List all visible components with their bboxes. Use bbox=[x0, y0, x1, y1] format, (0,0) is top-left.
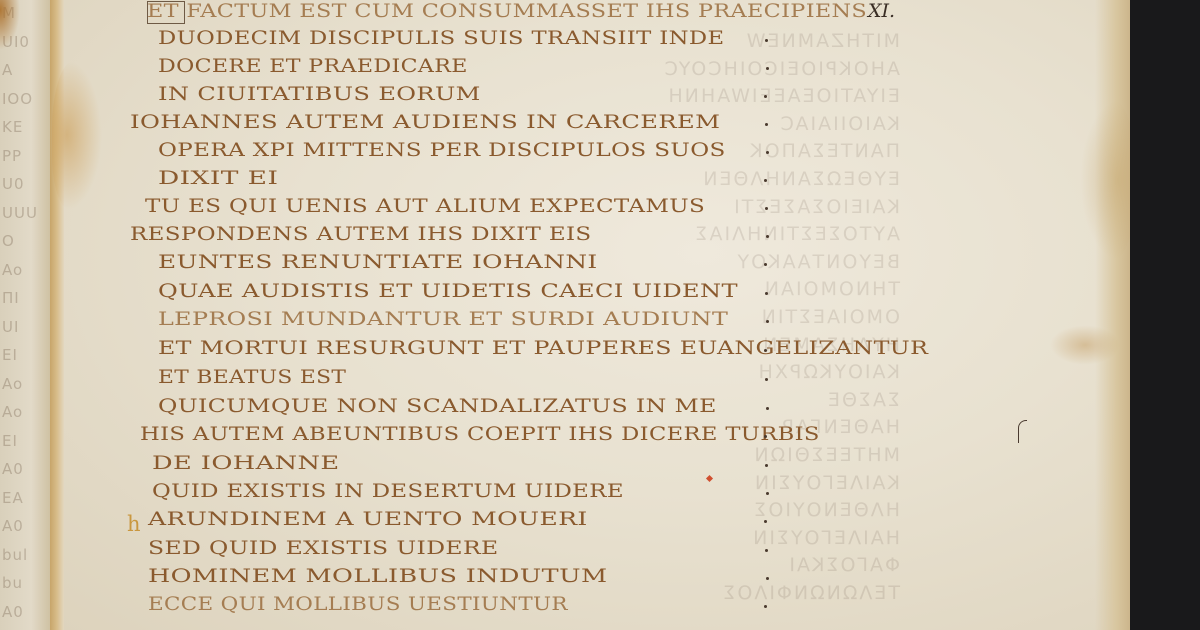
punctuation-dot bbox=[766, 577, 769, 580]
punctuation-dot bbox=[766, 235, 769, 238]
punctuation-dot bbox=[765, 464, 768, 467]
manuscript-line: de iohanne bbox=[152, 452, 340, 474]
manuscript-line: duodecim discipulis suis transiit inde bbox=[158, 27, 724, 49]
manuscript-line: euntes renuntiate iohanni bbox=[158, 251, 598, 273]
manuscript-line: et beatus est bbox=[158, 366, 346, 388]
punctuation-dot bbox=[765, 292, 768, 295]
manuscript-line: respondens autem ihs dixit eis bbox=[130, 223, 592, 245]
punctuation-dot bbox=[765, 378, 768, 381]
punctuation-dot bbox=[765, 207, 768, 210]
manuscript-scan: MUI0AIOOKEPPU0UUUOAoΠΙUIΕΙAoAoΕΙA0ΕΑA0bu… bbox=[0, 0, 1200, 630]
manuscript-line: hominem mollibus indutum bbox=[148, 565, 607, 587]
punctuation-dot bbox=[764, 179, 767, 182]
punctuation-dot bbox=[764, 520, 767, 523]
manuscript-line: tu es qui uenis aut alium expectamus bbox=[145, 195, 705, 217]
manuscript-line: et mortui resurgunt et pauperes euangeli… bbox=[158, 337, 928, 359]
chapter-marker: XI. bbox=[868, 0, 895, 22]
punctuation-dot bbox=[764, 605, 767, 608]
manuscript-line: quid existis in desertum uidere bbox=[152, 480, 624, 502]
manuscript-line: docere et praedicare bbox=[158, 55, 468, 77]
hair-mark bbox=[1018, 420, 1027, 443]
punctuation-dot bbox=[765, 123, 768, 126]
manuscript-line: ET FACTUM EST CUM CONSUMMASSET IHS PRAEC… bbox=[147, 0, 867, 22]
punctuation-dot bbox=[766, 151, 769, 154]
manuscript-line: in ciuitatibus eorum bbox=[158, 83, 481, 105]
punctuation-dot bbox=[764, 263, 767, 266]
manuscript-line: quicumque non scandalizatus in me bbox=[158, 395, 717, 417]
punctuation-dot bbox=[766, 320, 769, 323]
punctuation-dot bbox=[764, 435, 767, 438]
manuscript-line: Iohannes autem audiens in carcerem bbox=[130, 111, 720, 133]
manuscript-line: ecce qui mollibus uestiuntur bbox=[148, 593, 568, 615]
manuscript-line: his autem abeuntibus coepit ihs dicere t… bbox=[140, 423, 820, 445]
punctuation-dot bbox=[766, 67, 769, 70]
punctuation-dot bbox=[764, 95, 767, 98]
manuscript-line: dixit ei bbox=[158, 167, 278, 189]
manuscript-text: ET FACTUM EST CUM CONSUMMASSET IHS PRAEC… bbox=[0, 0, 1200, 630]
manuscript-line: arundinem a uento moueri bbox=[148, 508, 588, 530]
manuscript-line: opera xpi mittens per discipulos suos bbox=[158, 139, 726, 161]
punctuation-dot bbox=[766, 492, 769, 495]
punctuation-dot bbox=[765, 549, 768, 552]
manuscript-line: quae audistis et uidetis caeci uident bbox=[158, 280, 738, 302]
manuscript-line: sed quid existis uidere bbox=[148, 537, 499, 559]
punctuation-dot bbox=[764, 349, 767, 352]
manuscript-line: leprosi mundantur et surdi audiunt bbox=[158, 308, 728, 330]
punctuation-dot bbox=[766, 407, 769, 410]
punctuation-dot bbox=[765, 39, 768, 42]
margin-letter: h bbox=[127, 512, 141, 536]
